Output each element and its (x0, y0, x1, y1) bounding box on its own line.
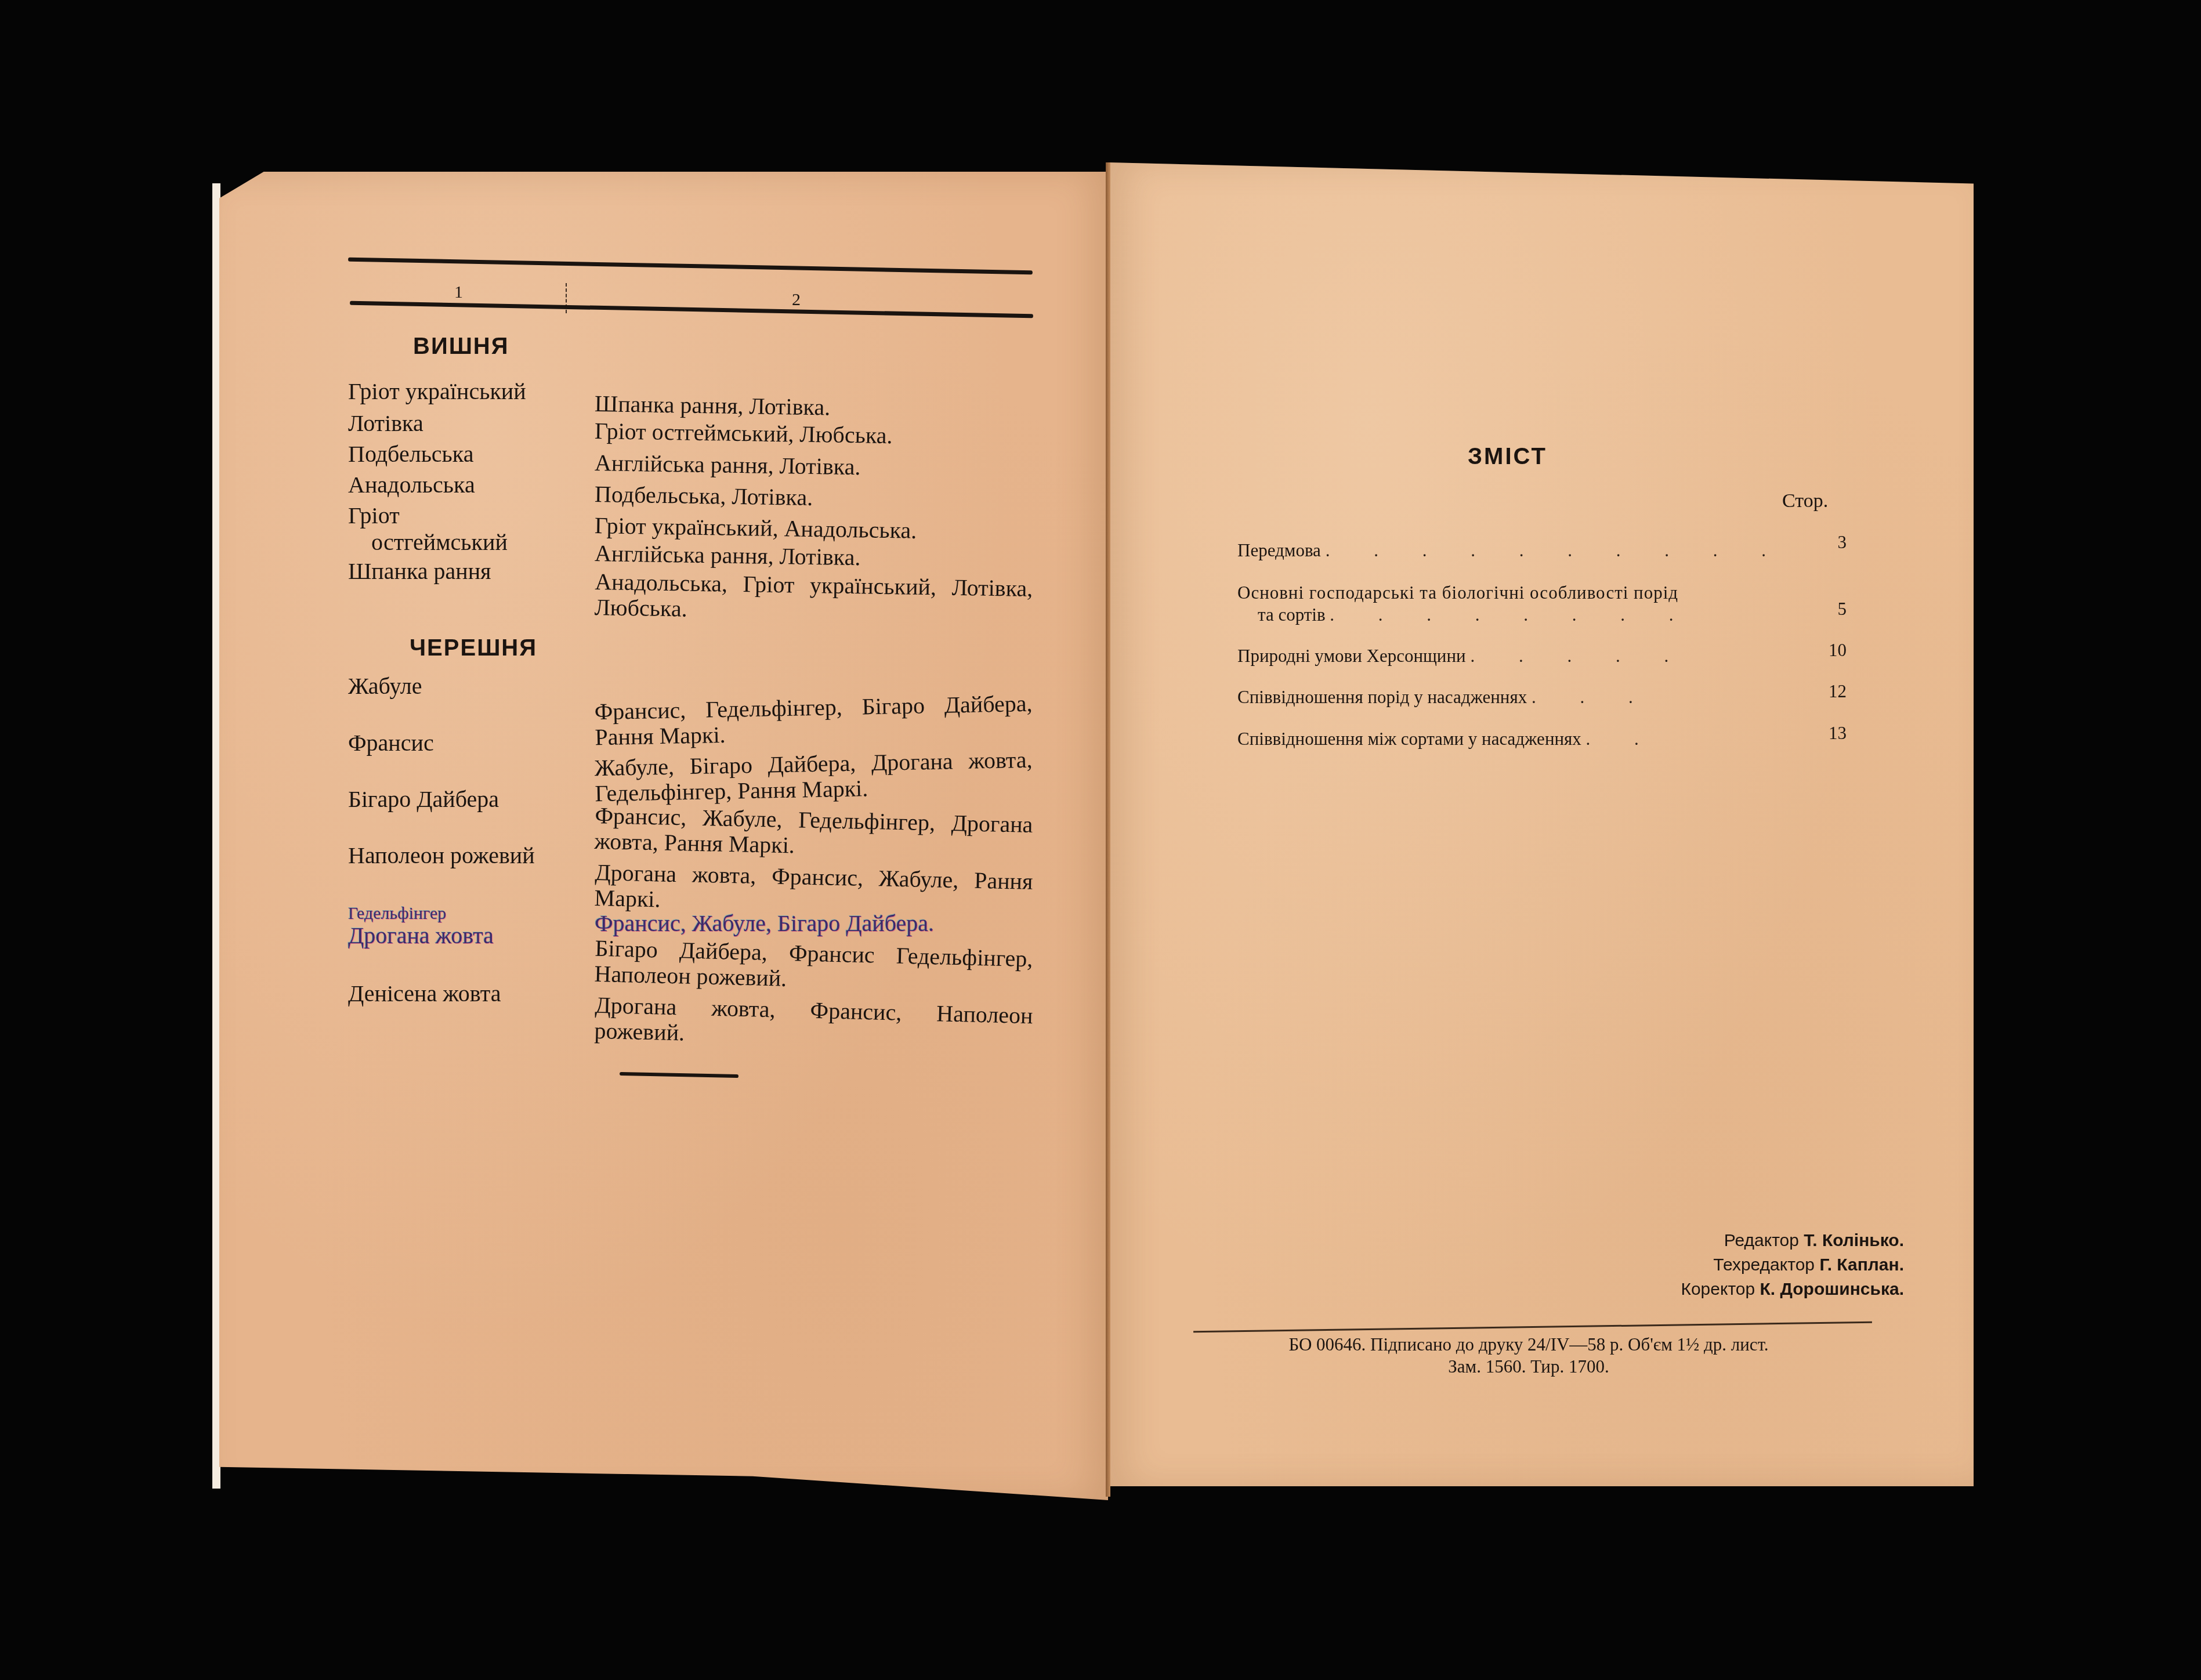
toc-entry-label: Природні умови Херсонщини (1237, 646, 1466, 666)
imprint-line-2: Зам. 1560. Тир. 1700. (1201, 1356, 1856, 1377)
toc-entry[interactable]: Співвідношення порід у насадженнях . . .… (1237, 686, 1841, 708)
toc-page-number: 12 (1829, 680, 1847, 703)
toc-title: ЗМІСТ (1468, 444, 1547, 470)
leader-dots: . . . . . . . . (1330, 604, 1693, 625)
column-header-2: 2 (792, 290, 801, 310)
credit-proofreader: Коректор К. Дорошинська. (1681, 1277, 1904, 1302)
toc-entry[interactable]: Основні господарські та біологічні особл… (1237, 582, 1841, 626)
column-header-1: 1 (454, 283, 463, 302)
toc-entry-label: Співвідношення між сортами у насадженнях (1237, 729, 1581, 749)
page-stack-edge (212, 183, 220, 1489)
pollinator-list: Франсис, Жабуле, Гедельфінгер, Дрогана ж… (594, 803, 1033, 863)
credit-tech-editor: Техредактор Г. Каплан. (1681, 1253, 1904, 1277)
toc-page-column-label: Стор. (1782, 490, 1828, 512)
leader-dots: . . . (1532, 687, 1653, 707)
variety-name: Лотівка (348, 410, 423, 437)
variety-name: Гріот український (348, 378, 526, 405)
variety-name: Бігаро Дайбера (348, 786, 499, 813)
leader-dots: . . (1586, 729, 1659, 749)
leader-dots: . . . . . (1470, 646, 1688, 666)
variety-name: Дрогана жовта (348, 922, 494, 949)
variety-name: Анадольська (348, 472, 475, 498)
toc-entry-label-line1: Основні господарські та біологічні особл… (1237, 582, 1841, 604)
toc-page-number: 3 (1838, 531, 1847, 553)
variety-name: Денісена жовта (348, 980, 501, 1007)
pollinator-list: Дрогана жовта, Франсис, Наполеон рожевий… (594, 993, 1033, 1054)
toc-page-number: 10 (1829, 639, 1847, 661)
toc-entry-label: Передмова (1237, 540, 1321, 560)
variety-name: Франсис (348, 730, 434, 756)
variety-name: Жабуле (348, 673, 422, 700)
pollinator-list: Жабуле, Бігаро Дайбера, Дрогана жовта, Г… (594, 747, 1033, 806)
pollinator-list: Анадольська, Гріот український, Лотівка,… (594, 569, 1033, 627)
pollinator-list-smudged: Франсис, Жабуле, Бігаро Дайбера. (595, 911, 1033, 936)
variety-name: Шпанка рання (348, 558, 491, 585)
imprint-line-1: БО 00646. Підписано до друку 24/IV—58 р.… (1201, 1334, 1856, 1355)
variety-name-line2: остгеймський (371, 529, 508, 556)
section-title-cherry-sour: ВИШНЯ (413, 334, 509, 360)
pollinator-list: Бігаро Дайбера, Франсис Гедельфінгер, На… (594, 936, 1033, 997)
toc-entry-label: Співвідношення порід у насадженнях (1237, 687, 1527, 707)
variety-name: Наполеон рожевий (348, 842, 535, 869)
pollinator-list: Франсис, Гедельфінгер, Бігаро Дайбера, Р… (594, 691, 1033, 750)
variety-name: Подбельська (348, 441, 473, 468)
variety-name-line1: Гріот (348, 502, 400, 529)
credit-editor: Редактор Т. Колінько. (1681, 1229, 1904, 1253)
toc-entry[interactable]: Передмова . . . . . . . . . . 3 (1237, 540, 1841, 562)
book-spine-gutter (1106, 162, 1110, 1497)
leader-dots: . . . . . . . . . . (1326, 540, 1786, 560)
section-title-sweet-cherry: ЧЕРЕШНЯ (410, 635, 537, 661)
toc-entry-label-line2: та сортів (1258, 604, 1326, 625)
toc-page-number: 13 (1829, 722, 1847, 744)
editorial-credits: Редактор Т. Колінько. Техредактор Г. Кап… (1681, 1229, 1904, 1302)
toc-page-number: 5 (1838, 598, 1847, 620)
toc-entry[interactable]: Природні умови Херсонщини . . . . . 10 (1237, 645, 1841, 667)
toc-entry[interactable]: Співвідношення між сортами у насадженнях… (1237, 728, 1841, 750)
